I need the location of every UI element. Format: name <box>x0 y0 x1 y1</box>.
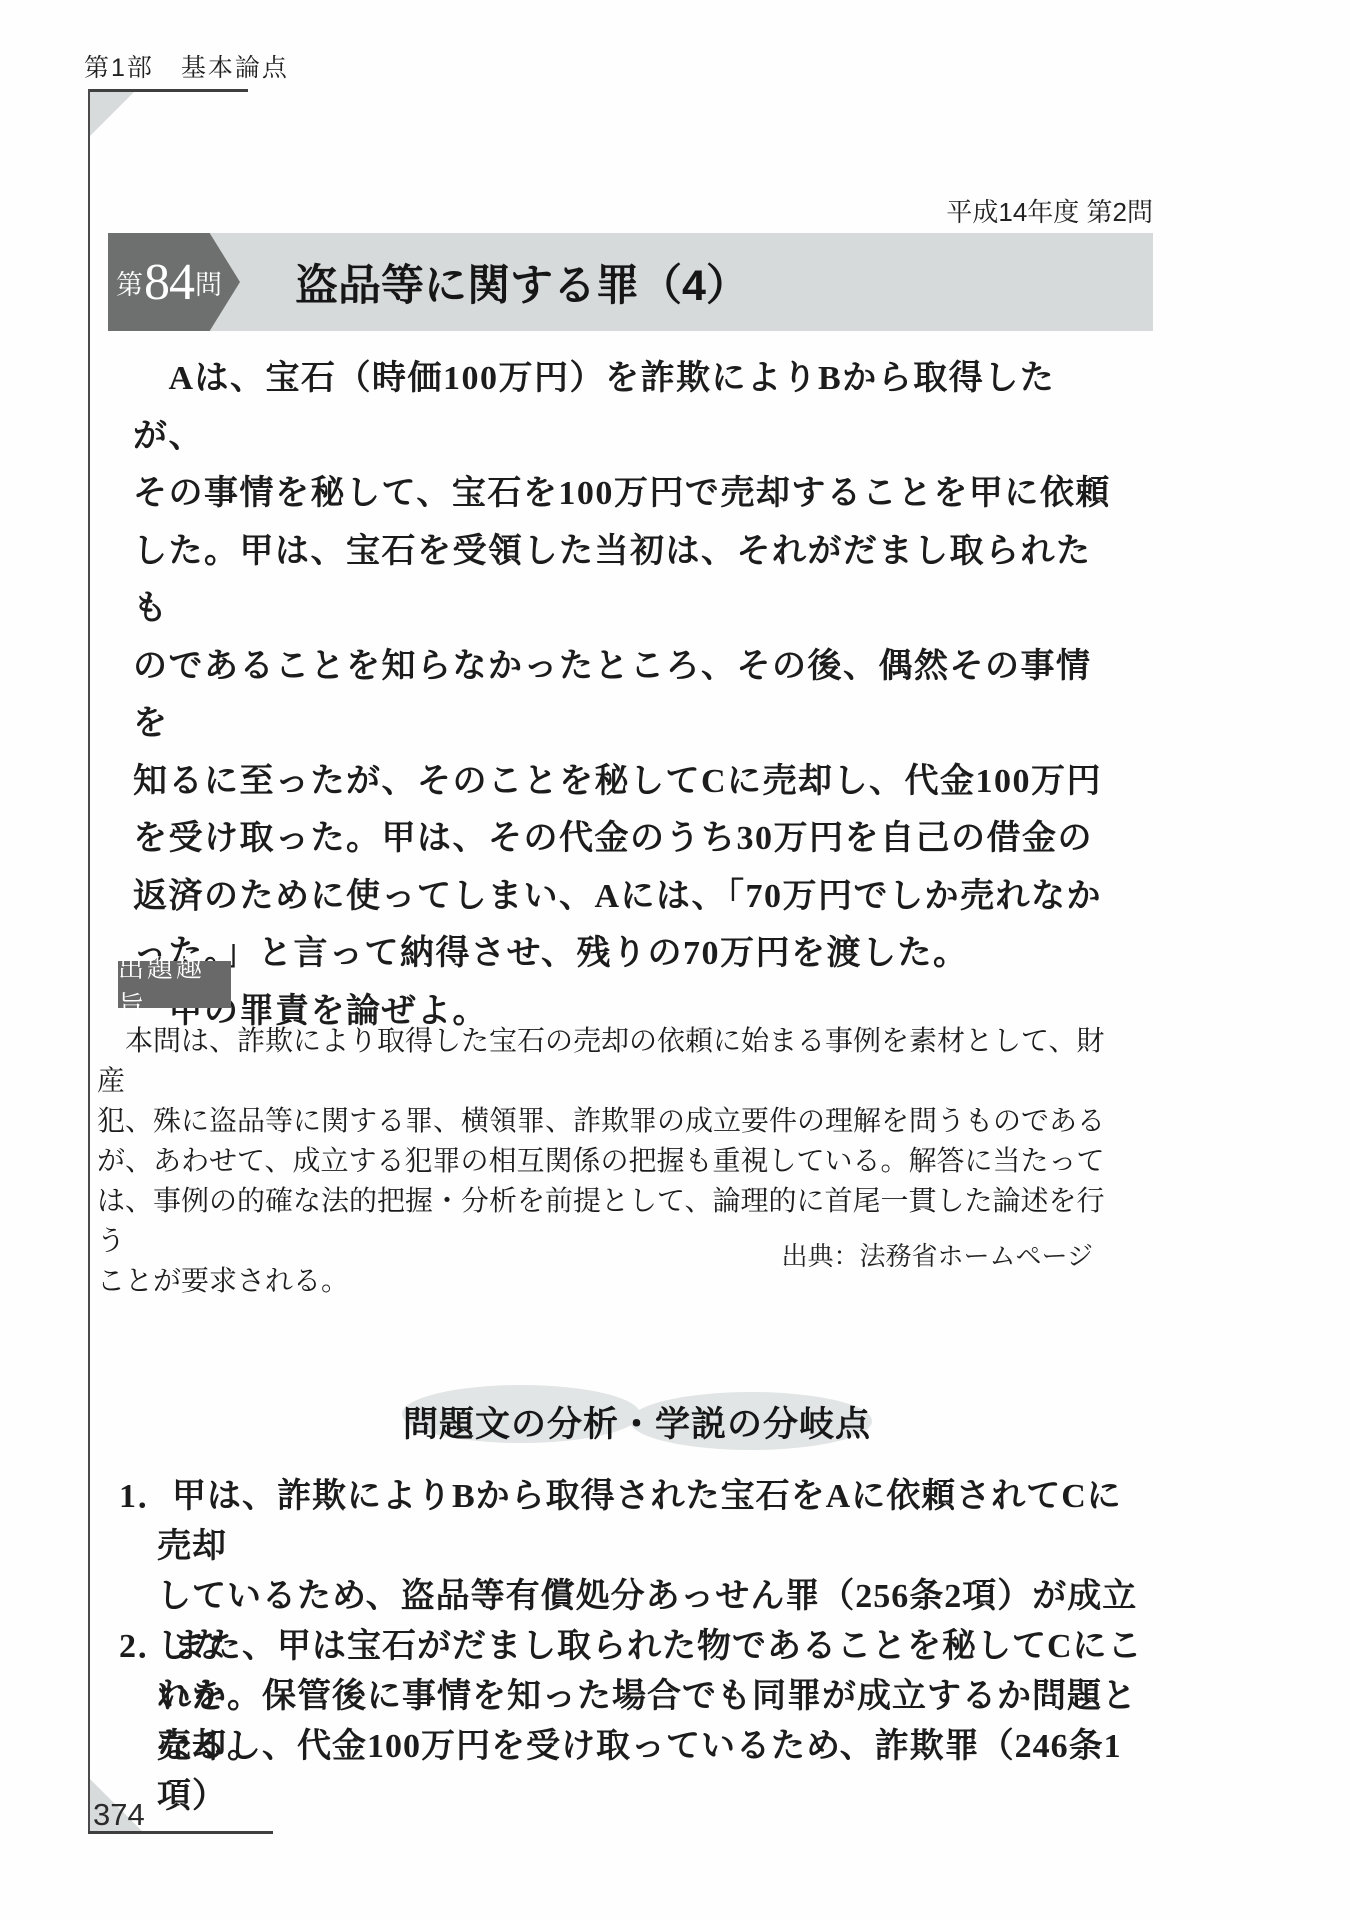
problem-title: 盗品等に関する罪（4） <box>295 233 749 331</box>
intent-heading-box: 出題趣旨 <box>118 961 231 1008</box>
analysis-heading: 問題文の分析・学説の分岐点 <box>402 1397 872 1447</box>
page-number: 374 <box>93 1797 145 1833</box>
problem-number-prefix: 第 <box>116 263 143 302</box>
exam-year-label: 平成14年度 第2問 <box>946 192 1153 229</box>
intent-source: 出典：法務省ホームページ <box>782 1236 1093 1273</box>
top-corner-rule <box>88 89 248 92</box>
problem-number-suffix: 問 <box>195 263 222 302</box>
book-page: 第1部 基本論点 平成14年度 第2問 第 84 問 盗品等に関する罪（4） A… <box>0 0 1350 1920</box>
analysis-banner: 問題文の分析・学説の分岐点 <box>402 1383 872 1455</box>
part-label: 第1部 基本論点 <box>84 48 289 84</box>
problem-statement: Aは、宝石（時価100万円）を詐欺によりBから取得したが、 その事情を秘して、宝… <box>133 350 1113 1040</box>
top-corner-triangle <box>88 92 134 138</box>
problem-number: 84 <box>144 253 194 312</box>
analysis-item-2: 2．また、甲は宝石がだまし取られた物であることを秘してCにこれを 売却し、代金1… <box>119 1622 1147 1822</box>
left-border-line <box>88 89 90 1834</box>
